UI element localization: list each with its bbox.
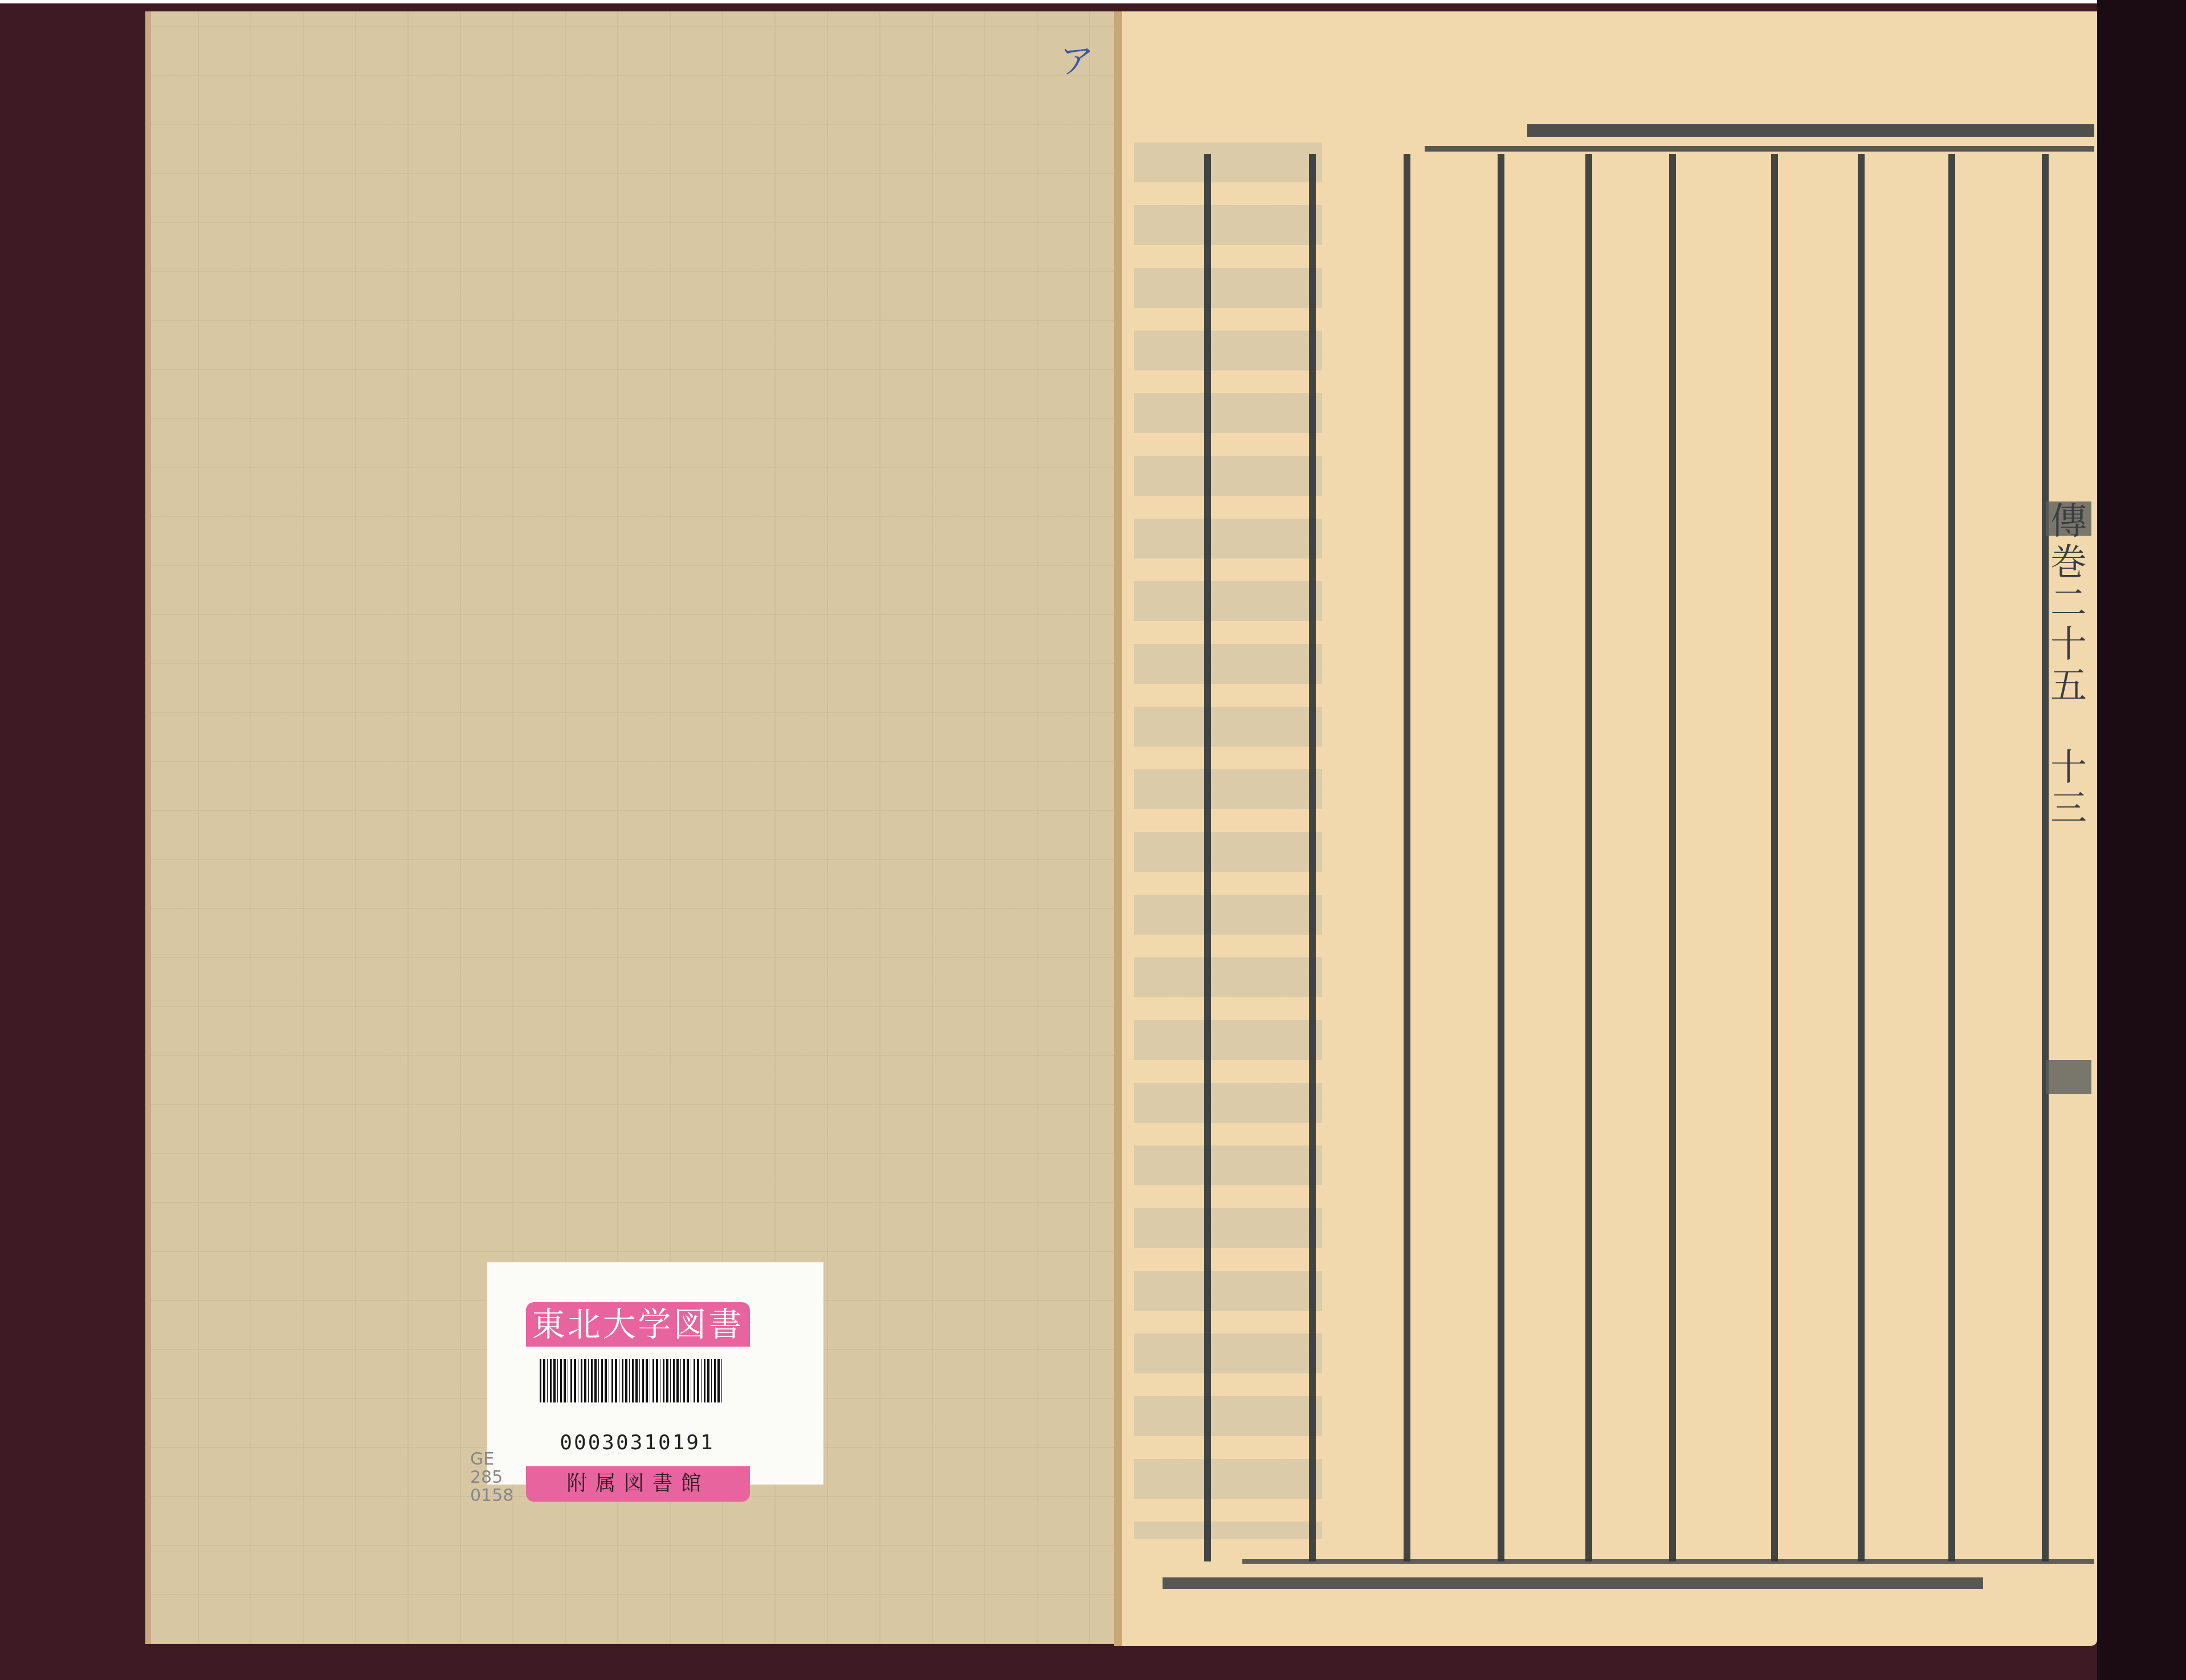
barcode (540, 1359, 722, 1402)
fold-column-title: 傳巻二十五 十三 (2052, 501, 2091, 1220)
call-number-line: GE (470, 1450, 533, 1469)
column-rule (1309, 154, 1316, 1561)
label-footer: 附属図書館 (526, 1466, 750, 1502)
frame-bottom-inner-line (1242, 1559, 2094, 1564)
book-spine (1114, 11, 1122, 1646)
column-rule (1858, 154, 1865, 1561)
frame-top-inner-line (1425, 146, 2094, 152)
library-label: 東北大学図書 00030310191 附属図書館 (487, 1262, 823, 1485)
call-number-line: 0158 (470, 1487, 533, 1505)
label-header: 東北大学図書 (526, 1302, 750, 1347)
column-rule (1404, 154, 1410, 1561)
scan-background-right (2097, 0, 2186, 1680)
column-rule (1498, 154, 1504, 1561)
frame-bottom-line (1163, 1577, 1983, 1589)
column-rule (1669, 154, 1676, 1561)
scan-top-border (0, 0, 2186, 3)
handwritten-call-number: GE 285 0158 (470, 1450, 533, 1505)
ink-show-through (1134, 142, 1322, 1539)
pen-mark: ア (1060, 34, 1094, 83)
column-rule (2042, 154, 2049, 1561)
call-number-line: 285 (470, 1469, 533, 1487)
column-rule (1948, 154, 1955, 1561)
column-rule (1771, 154, 1778, 1561)
column-rule (1204, 154, 1211, 1561)
frame-top-line (1527, 124, 2094, 137)
column-rule (1585, 154, 1592, 1561)
